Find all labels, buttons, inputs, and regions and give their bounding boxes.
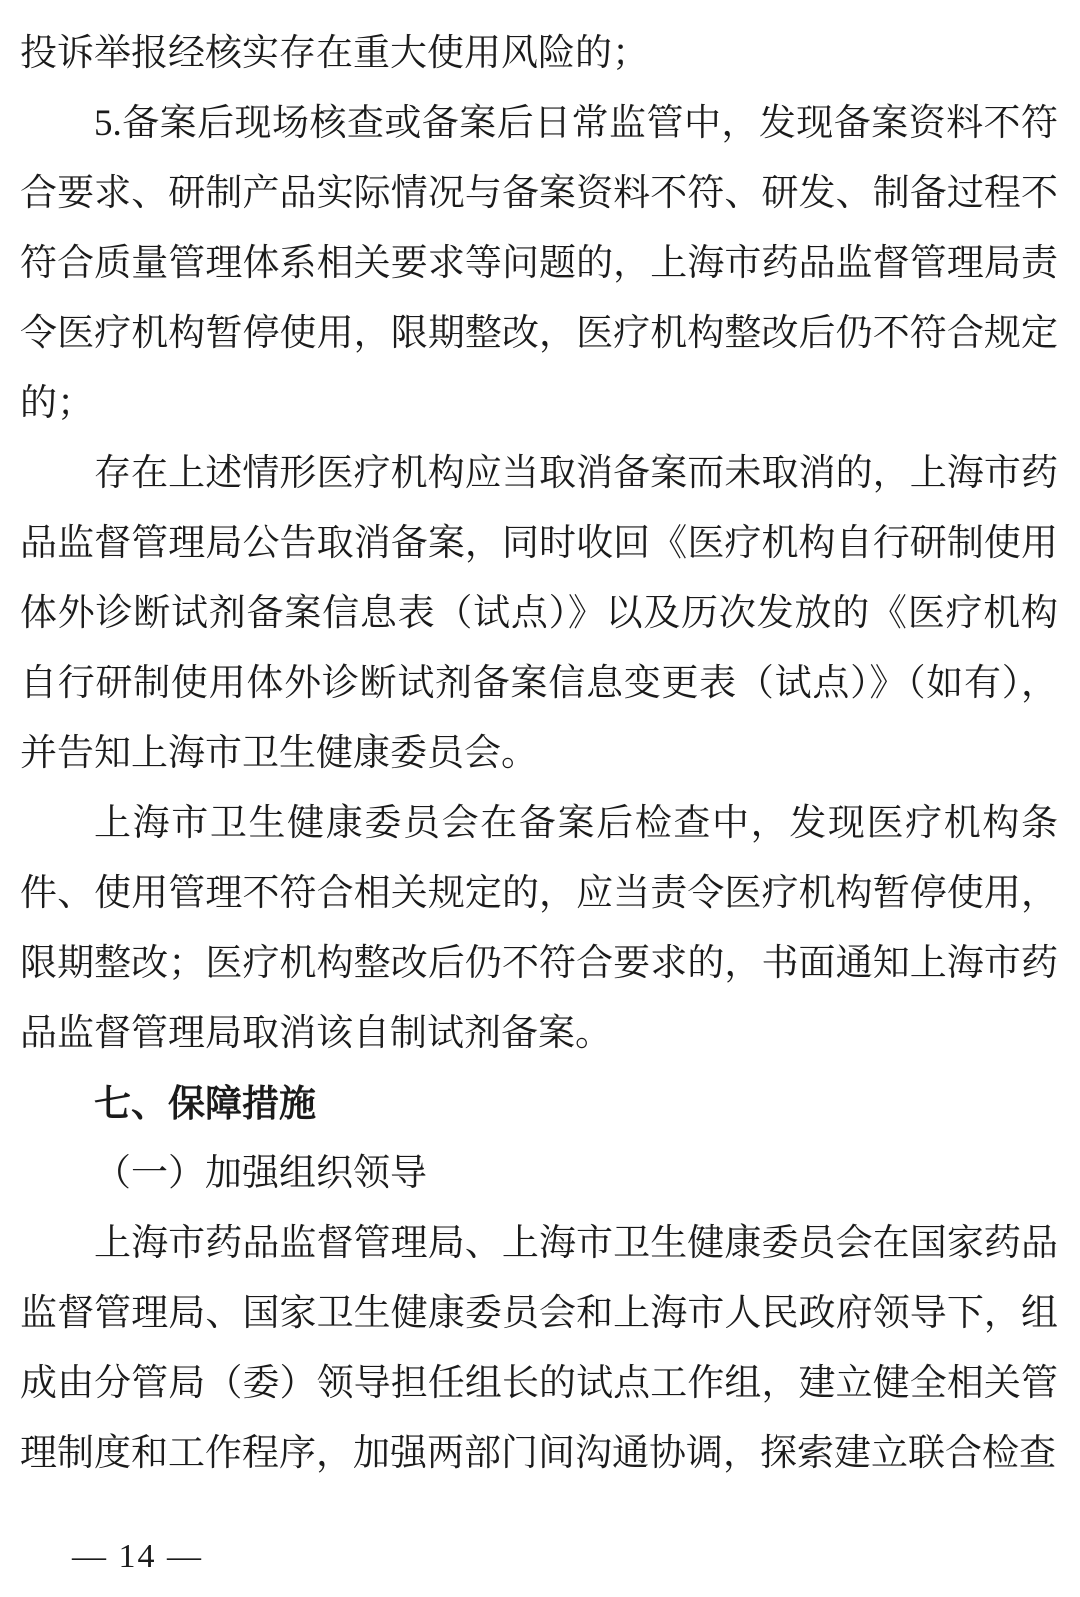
subsection-heading-strengthen-leadership: （一）加强组织领导	[20, 1139, 1058, 1209]
document-page: 投诉举报经核实存在重大使用风险的； 5.备案后现场核查或备案后日常监管中，发现备…	[0, 0, 1080, 1597]
paragraph-leadership-organization: 上海市药品监督管理局、上海市卫生健康委员会在国家药品监督管理局、国家卫生健康委员…	[20, 1209, 1058, 1489]
paragraph-cancel-filing: 存在上述情形医疗机构应当取消备案而未取消的，上海市药品监督管理局公告取消备案，同…	[20, 439, 1058, 789]
page-number: — 14 —	[72, 1532, 203, 1582]
paragraph-health-commission-inspection: 上海市卫生健康委员会在备案后检查中，发现医疗机构条件、使用管理不符合相关规定的，…	[20, 789, 1058, 1069]
paragraph-continued-from-previous-page: 投诉举报经核实存在重大使用风险的；	[20, 19, 1058, 89]
document-body: 投诉举报经核实存在重大使用风险的； 5.备案后现场核查或备案后日常监管中，发现备…	[20, 19, 1058, 1489]
section-heading-safeguard-measures: 七、保障措施	[20, 1069, 1058, 1139]
paragraph-item-5: 5.备案后现场核查或备案后日常监管中，发现备案资料不符合要求、研制产品实际情况与…	[20, 89, 1058, 439]
